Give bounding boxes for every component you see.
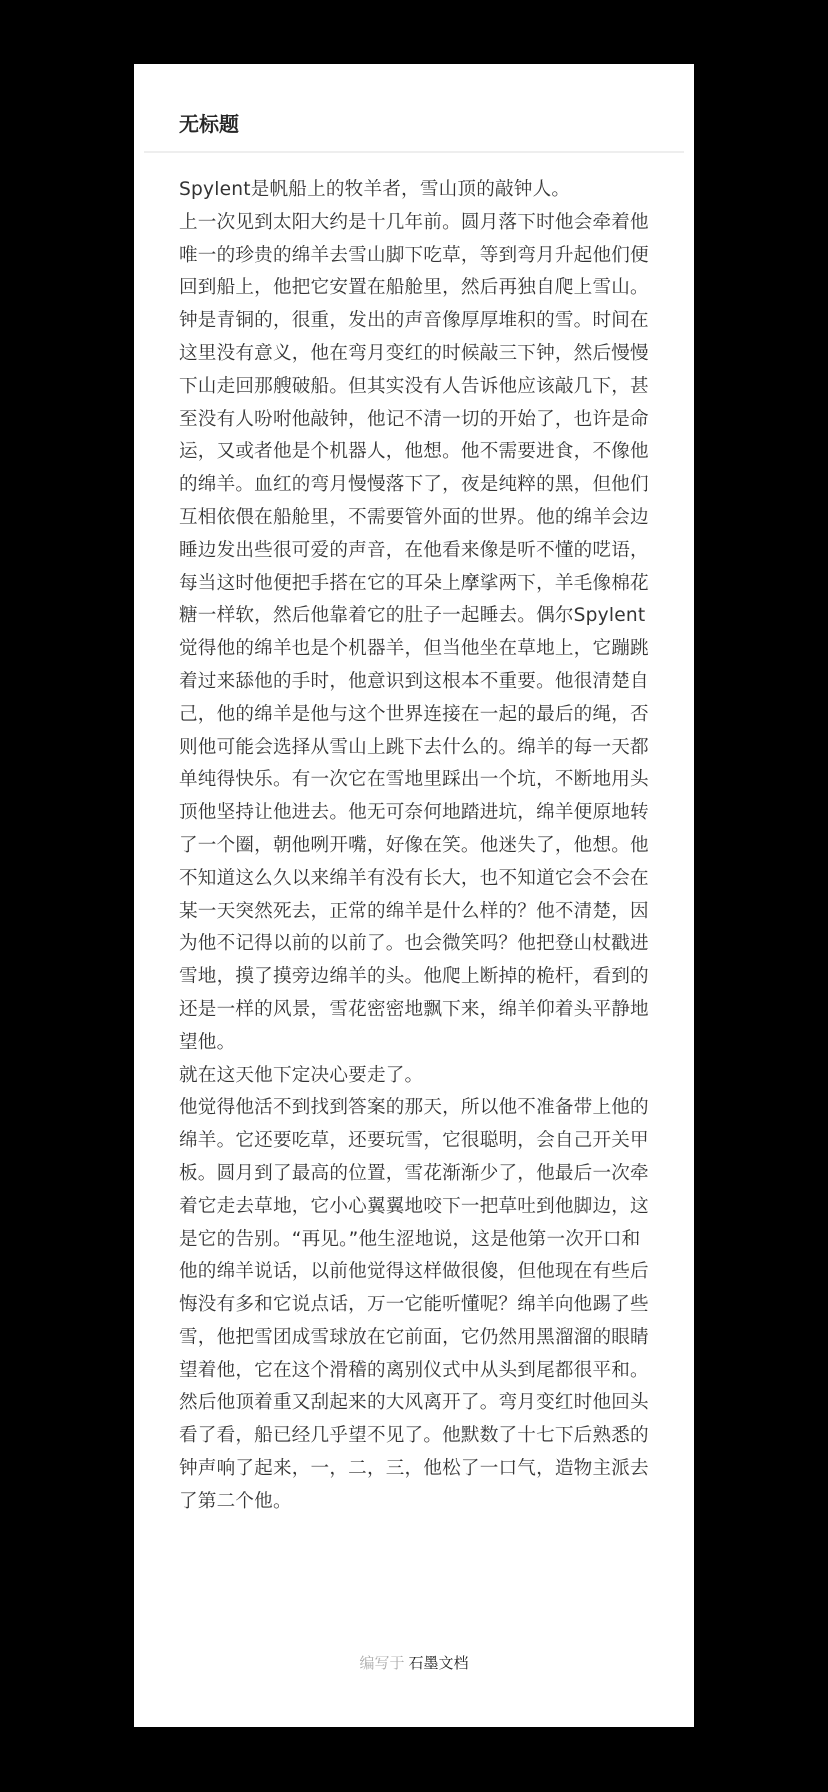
- document-title: 无标题: [179, 104, 239, 144]
- paragraph: Spylent是帆船上的牧羊者，雪山顶的敲钟人。: [179, 174, 649, 207]
- document-body: Spylent是帆船上的牧羊者，雪山顶的敲钟人。 上一次见到太阳大约是十几年前。…: [179, 174, 649, 1519]
- footer-prefix: 编写于: [359, 1654, 404, 1672]
- document-card: 无标题 Spylent是帆船上的牧羊者，雪山顶的敲钟人。 上一次见到太阳大约是十…: [134, 64, 694, 1727]
- footer-brand-link[interactable]: 石墨文档: [409, 1654, 469, 1672]
- paragraph: 上一次见到太阳大约是十几年前。圆月落下时他会牵着他唯一的珍贵的绵羊去雪山脚下吃草…: [179, 207, 649, 1060]
- footer-attribution: 编写于石墨文档: [134, 1651, 694, 1675]
- paragraph: 他觉得他活不到找到答案的那天，所以他不准备带上他的绵羊。它还要吃草，还要玩雪，它…: [179, 1092, 649, 1518]
- title-divider: [144, 151, 684, 153]
- paragraph: 就在这天他下定决心要走了。: [179, 1060, 649, 1093]
